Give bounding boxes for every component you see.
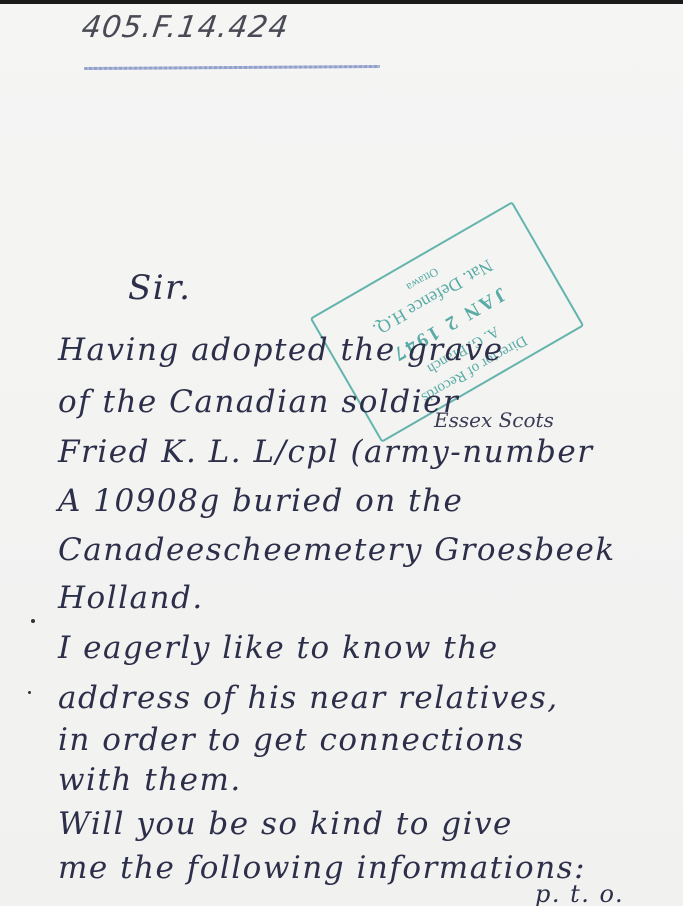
unit-annotation: Essex Scots: [434, 408, 554, 432]
body-line-5: Canadeescheemetery Groesbeek: [58, 532, 616, 568]
body-line-8: address of his near relatives,: [58, 680, 559, 716]
margin-ink-dot: [31, 619, 35, 623]
pto-mark: p. t. o.: [535, 880, 624, 906]
body-line-3: Fried K. L. L/cpl (army-number: [58, 434, 594, 470]
body-line-2: of the Canadian soldier: [58, 384, 459, 420]
margin-ink-dot: [28, 691, 31, 694]
body-line-10: with them.: [58, 762, 242, 798]
body-line-1: Having adopted the grave: [58, 332, 504, 368]
salutation: Sir.: [128, 268, 192, 308]
reference-number: 405.F.14.424: [80, 10, 292, 45]
body-line-9: in order to get connections: [58, 722, 525, 758]
body-line-12: me the following informations:: [58, 850, 586, 886]
body-line-11: Will you be so kind to give: [58, 806, 513, 842]
body-line-6: Holland.: [58, 580, 204, 616]
body-line-4: A 10908g buried on the: [58, 483, 463, 519]
body-line-7: I eagerly like to know the: [58, 630, 499, 666]
